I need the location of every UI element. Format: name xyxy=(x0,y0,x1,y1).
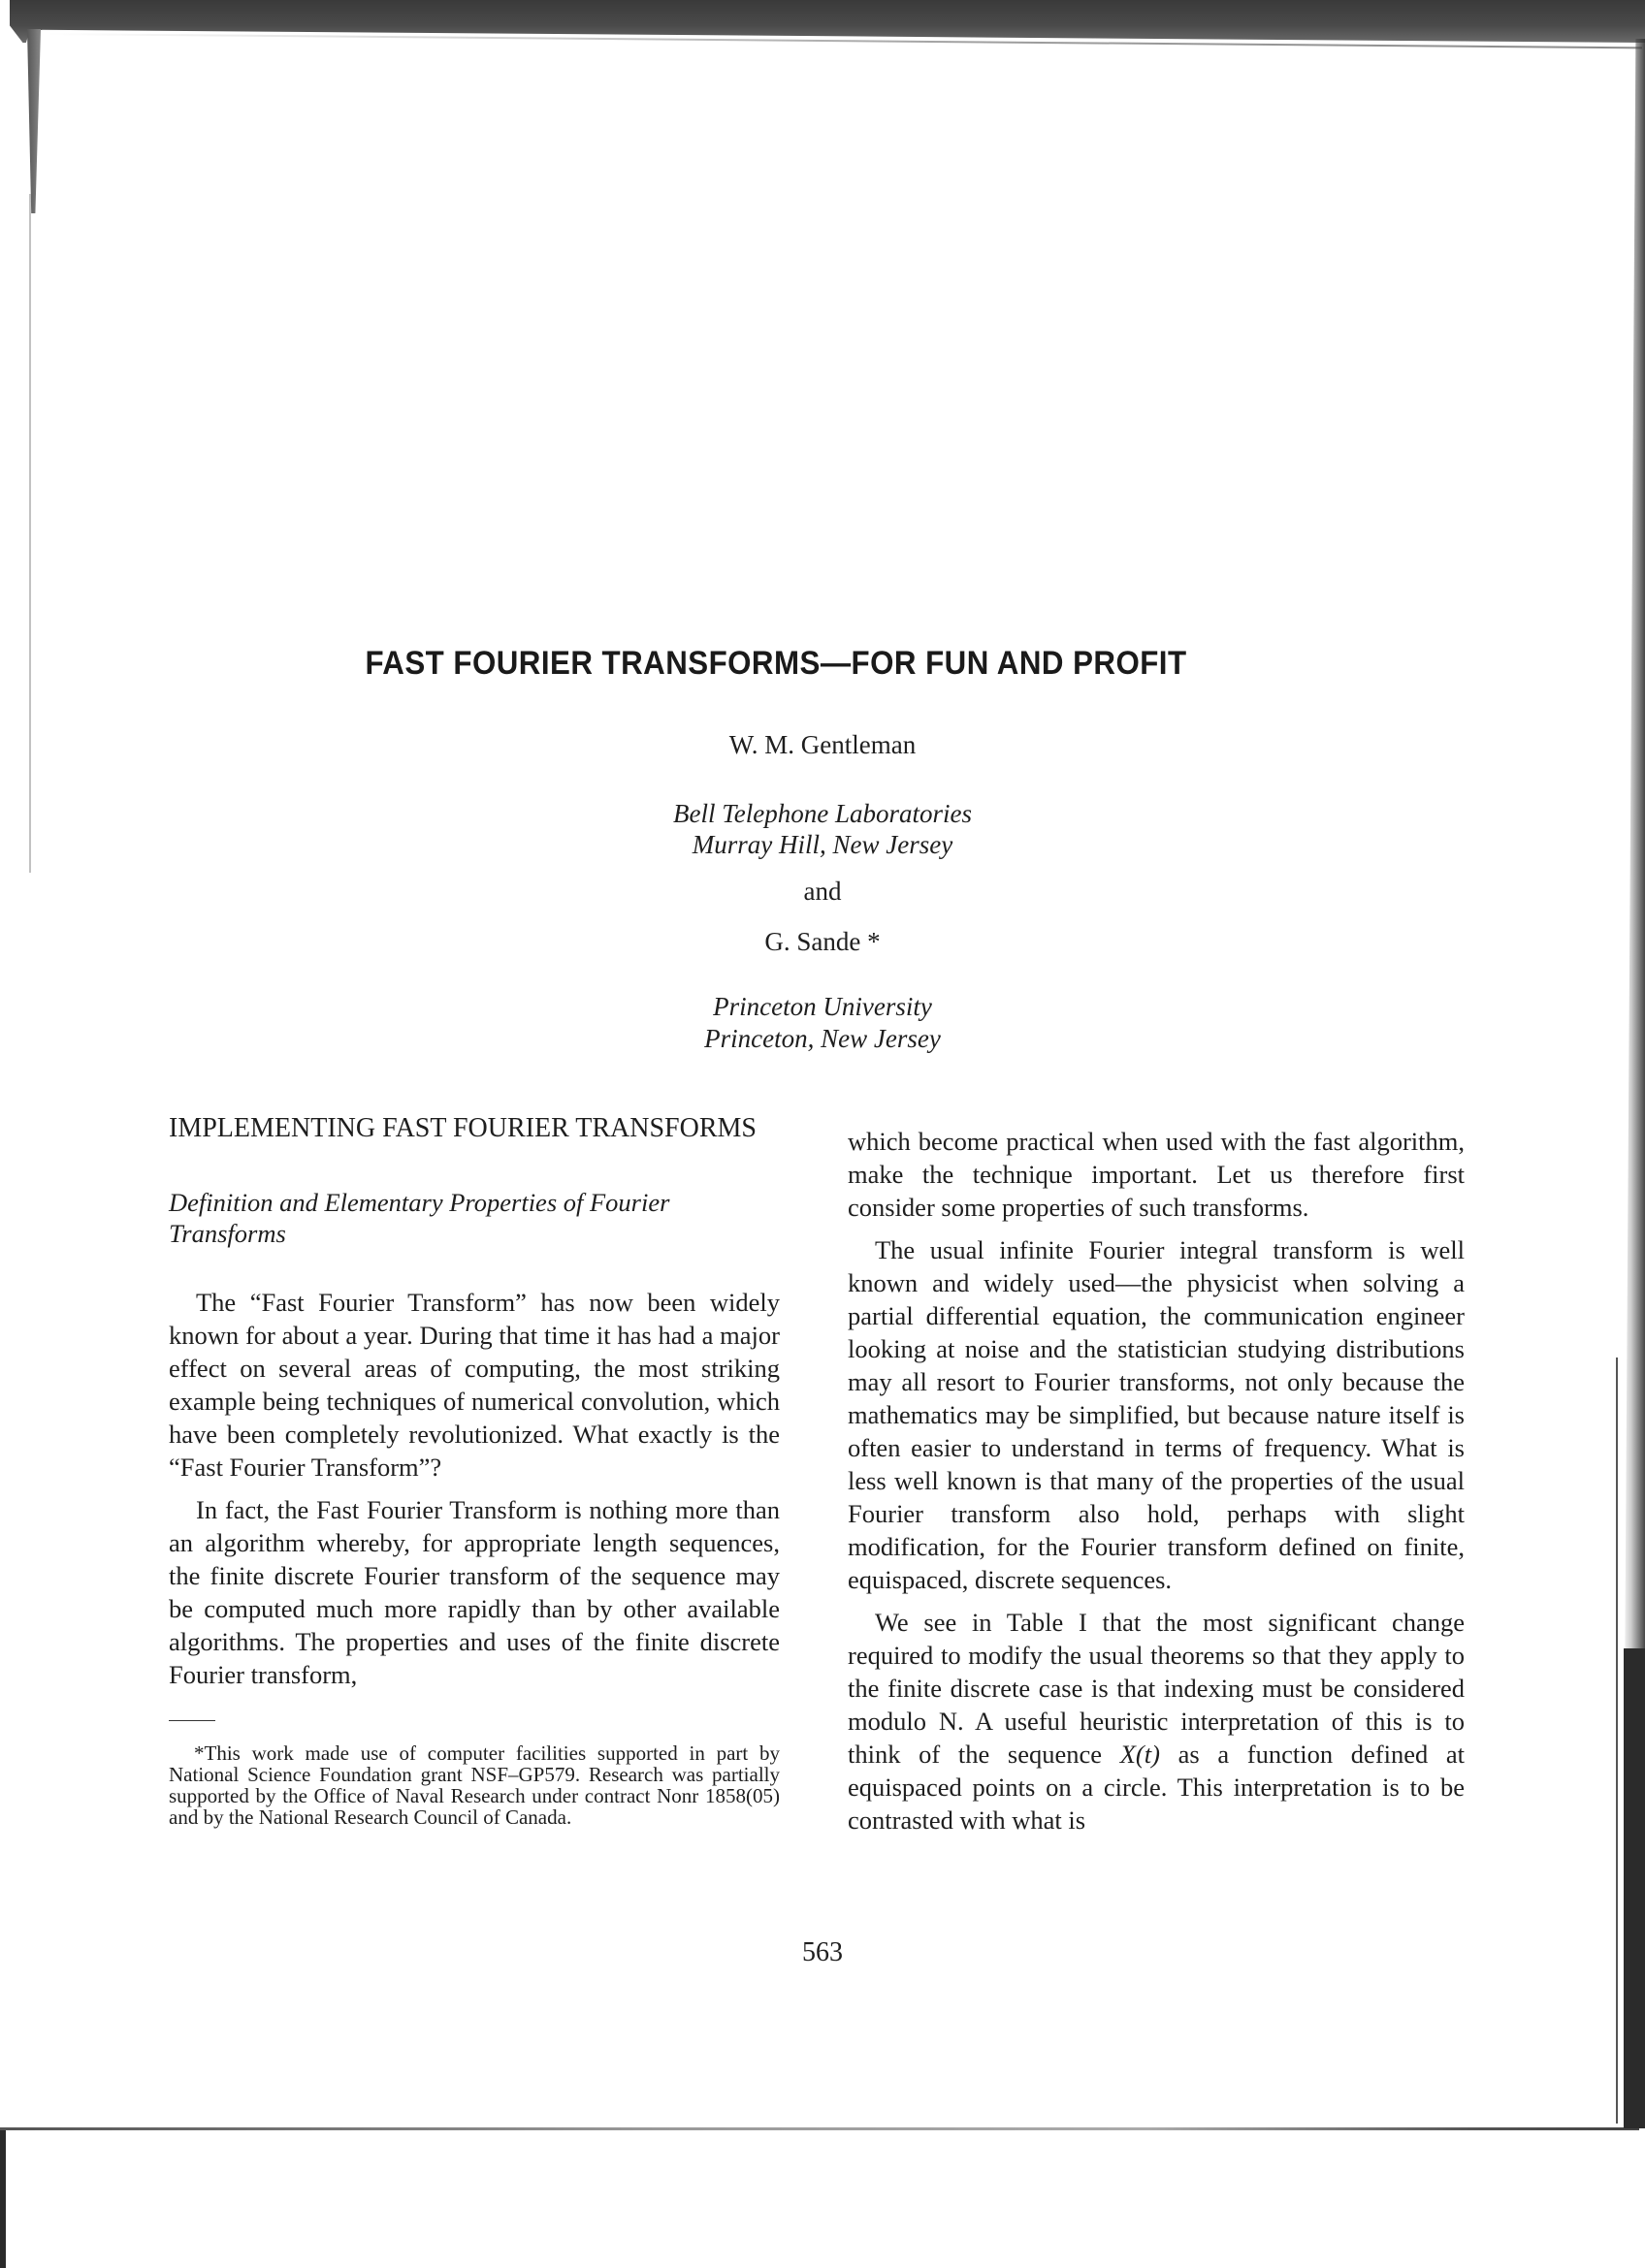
author-affiliation: Princeton, New Jersey xyxy=(0,1023,1645,1054)
scan-binding-shadow xyxy=(1624,1648,1645,2128)
author-affiliation: Princeton University xyxy=(0,991,1645,1022)
section-heading: IMPLEMENTING FAST FOURIER TRANSFORMS xyxy=(169,1113,780,1144)
author-name: G. Sande * xyxy=(0,926,1645,957)
scan-shadow-left-bottom xyxy=(0,2128,6,2268)
author-name: W. M. Gentleman xyxy=(0,729,1645,760)
body-paragraph: In fact, the Fast Fourier Transform is n… xyxy=(169,1493,780,1691)
footnote: *This work made use of computer faciliti… xyxy=(169,1742,780,1828)
body-paragraph: We see in Table I that the most signific… xyxy=(848,1606,1465,1837)
body-paragraph: which become practical when used with th… xyxy=(848,1125,1465,1224)
author-affiliation: Bell Telephone Laboratories xyxy=(0,798,1645,829)
scan-page-edge-left xyxy=(29,194,31,873)
math-expression: X(t) xyxy=(1120,1740,1160,1769)
body-paragraph: The “Fast Fourier Transform” has now bee… xyxy=(169,1286,780,1484)
author-affiliation: Murray Hill, New Jersey xyxy=(0,829,1645,860)
scan-page-edge-bottom xyxy=(0,2127,1639,2130)
body-paragraph: The usual infinite Fourier integral tran… xyxy=(848,1233,1465,1596)
right-column: which become practical when used with th… xyxy=(848,1125,1465,1846)
scan-shadow-left xyxy=(27,29,41,213)
left-column: IMPLEMENTING FAST FOURIER TRANSFORMS Def… xyxy=(169,1113,780,1848)
paper-title: FAST FOURIER TRANSFORMS—FOR FUN AND PROF… xyxy=(330,645,1222,683)
subsection-heading: Definition and Elementary Properties of … xyxy=(169,1187,780,1249)
author-separator: and xyxy=(0,876,1645,907)
scan-page-edge-right xyxy=(1616,1358,1618,2124)
page-number: 563 xyxy=(0,1937,1645,1968)
footnote-rule xyxy=(169,1720,215,1721)
